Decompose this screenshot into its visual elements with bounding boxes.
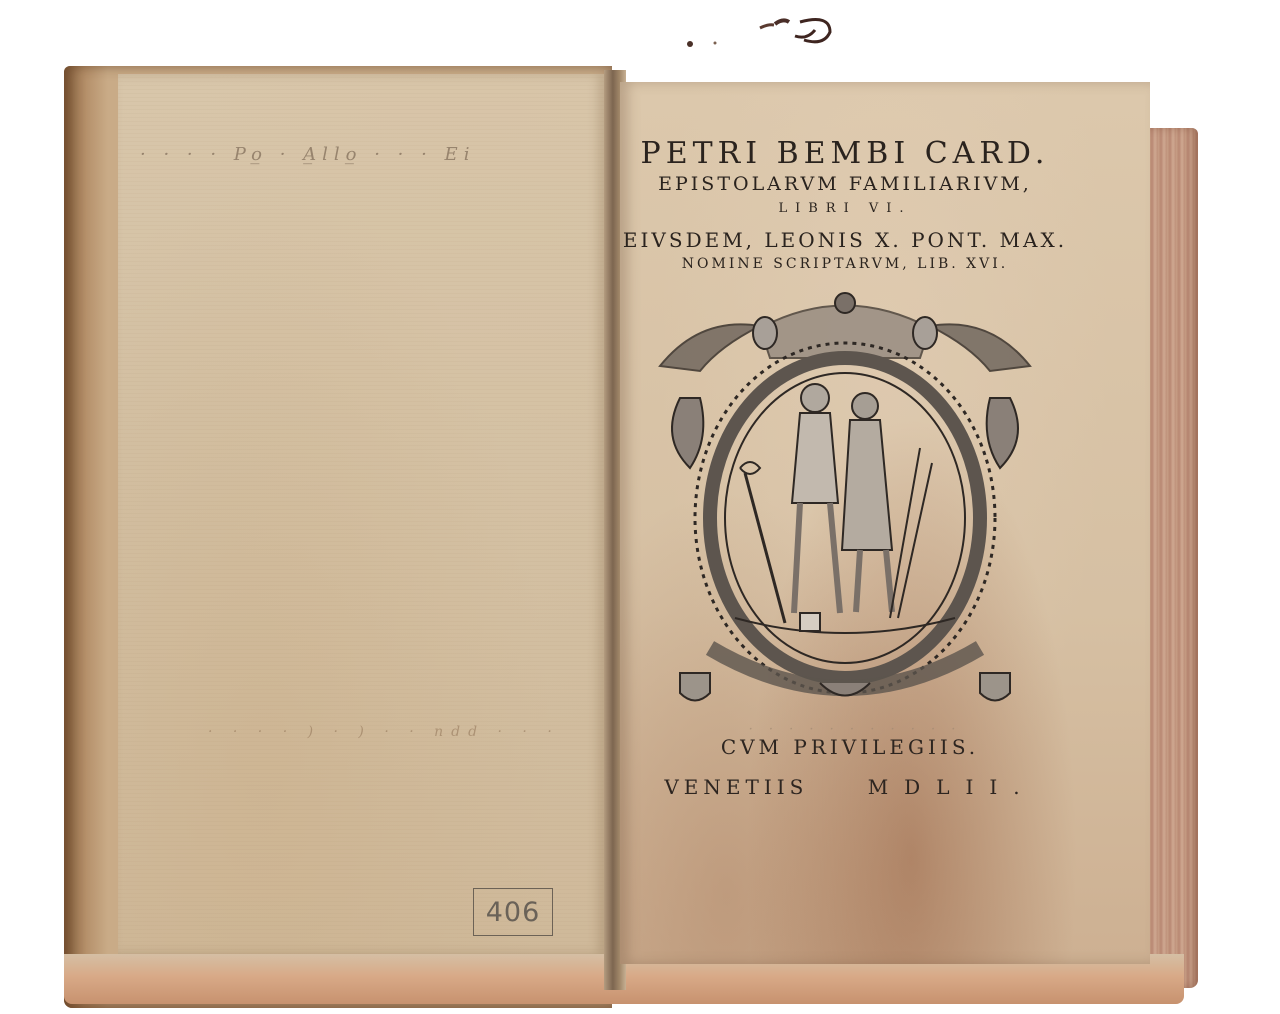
open-book: · · · · Po̲ · A̲llo̲ · · · Ei · · · · ) … bbox=[0, 0, 1280, 1014]
title-author: PETRI BEMBI CARD. bbox=[620, 136, 1070, 171]
shelf-mark-number: 406 bbox=[486, 897, 541, 928]
imprint-line: VENETIIS MDLII. bbox=[640, 775, 1060, 799]
title-text: PETRI BEMBI CARD. EPISTOLARVM FAMILIARIV… bbox=[620, 130, 1070, 272]
title-books: LIBRI VI. bbox=[620, 201, 1070, 216]
imprint-place: VENETIIS bbox=[664, 775, 808, 799]
title-second-work: EIVSDEM, LEONIS X. PONT. MAX. bbox=[620, 228, 1070, 252]
handwritten-inscription: · · · · Po̲ · A̲llo̲ · · · Ei bbox=[140, 144, 610, 184]
title-second-books: NOMINE SCRIPTARVM, LIB. XVI. bbox=[620, 256, 1070, 272]
imprint: CVM PRIVILEGIIS. VENETIIS MDLII. bbox=[640, 735, 1060, 799]
title-work: EPISTOLARVM FAMILIARIVM, bbox=[620, 173, 1070, 195]
faint-handwriting: · · · · ) · ) · · ndd · · · bbox=[208, 724, 588, 754]
imprint-year: MDLII. bbox=[868, 775, 1036, 799]
ink-mark-top bbox=[650, 0, 840, 50]
printers-device-woodcut bbox=[650, 288, 1040, 718]
left-flyleaf: · · · · Po̲ · A̲llo̲ · · · Ei · · · · ) … bbox=[118, 74, 604, 954]
privilege-line: CVM PRIVILEGIIS. bbox=[640, 735, 1060, 759]
shelf-mark-box: 406 bbox=[473, 888, 553, 936]
